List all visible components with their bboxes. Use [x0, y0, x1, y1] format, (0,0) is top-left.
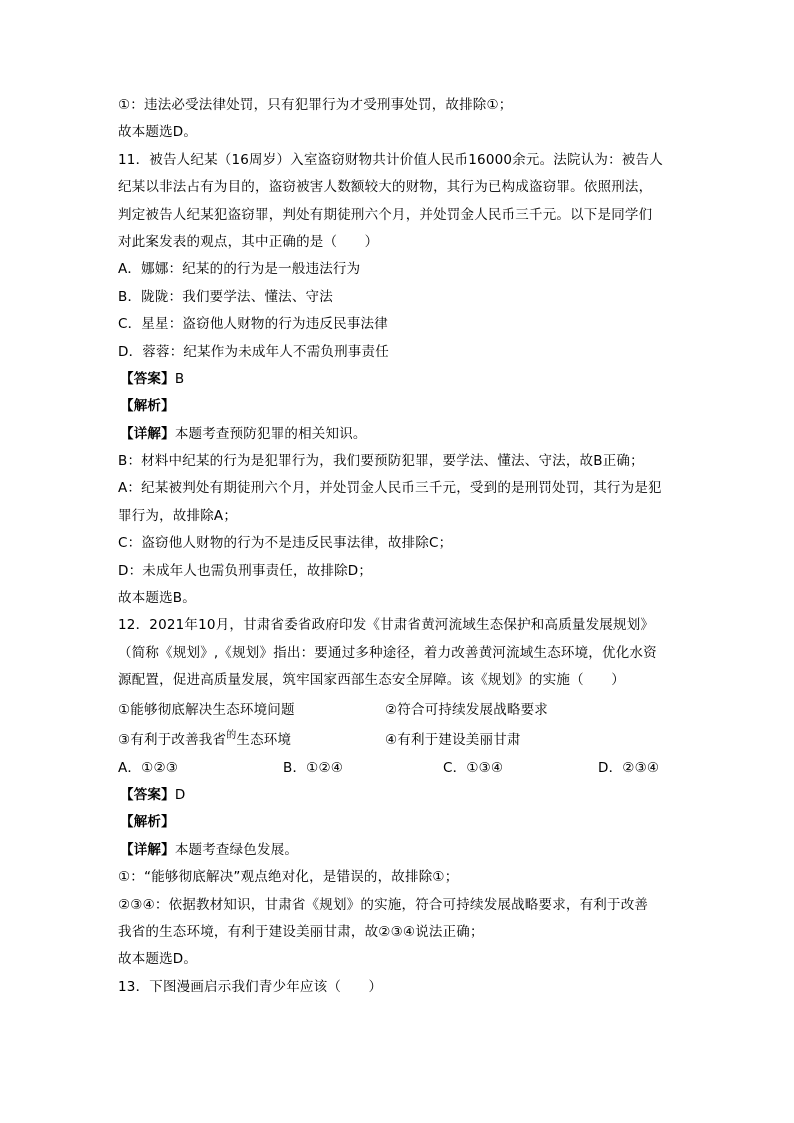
detail-intro: 本题考查绿色发展。: [175, 842, 298, 858]
q12-stem-line-1: 12．2021年10月，甘肃省委省政府印发《甘肃省黄河流域生态保护和高质量发展规…: [118, 612, 678, 639]
q11-option-d: D．蓉蓉：纪某作为未成年人不需负刑事责任: [118, 339, 678, 366]
q12-stem-line-3: 源配置，促进高质量发展，筑牢国家西部生态安全屏障。该《规划》的实施（ ）: [118, 667, 678, 694]
answer-value: D: [175, 787, 186, 803]
q12-option-d: D．②③④: [598, 755, 659, 782]
q11-analysis-label: 【解析】: [118, 393, 678, 420]
detail-label: 【详解】: [120, 426, 175, 442]
q12-conclusion: 故本题选D。: [118, 946, 678, 973]
q12-explanation-line-1: ①：“能够彻底解决”观点绝对化，是错误的，故排除①；: [118, 864, 678, 891]
q12-statements-row-2: ③有利于改善我省的生态环境 ④有利于建设美丽甘肃: [118, 725, 678, 755]
q12-analysis-label: 【解析】: [118, 809, 678, 836]
q12-statements-row-1: ①能够彻底解决生态环境问题 ②符合可持续发展战略要求: [118, 695, 678, 725]
analysis-label: 【解析】: [120, 398, 175, 414]
q13-stem: 13．下图漫画启示我们青少年应该（ ）: [118, 974, 678, 1001]
q12-detail: 【详解】本题考查绿色发展。: [118, 837, 678, 864]
q12-stem-line-2: （简称《规划》,《规划》指出：要通过多种途径，着力改善黄河流域生态环境，优化水资: [118, 640, 678, 667]
analysis-label: 【解析】: [120, 814, 175, 830]
q12-answer: 【答案】D: [118, 782, 678, 809]
q11-stem-line-1: 11．被告人纪某（16周岁）入室盗窃财物共计价值人民币16000余元。法院认为：…: [118, 147, 678, 174]
detail-label: 【详解】: [120, 842, 175, 858]
q12-explanation-line-3: 我省的生态环境，有利于建设美丽甘肃，故②③④说法正确；: [118, 919, 678, 946]
q11-answer: 【答案】B: [118, 366, 678, 393]
answer-value: B: [175, 371, 184, 387]
q12-options-row: A．①②③ B．①②④ C．①③④ D．②③④: [118, 755, 678, 782]
q12-statement-1: ①能够彻底解决生态环境问题: [118, 695, 385, 725]
q10-conclusion: 故本题选D。: [118, 119, 678, 146]
q11-stem-line-3: 判定被告人纪某犯盗窃罪，判处有期徒刑六个月，并处罚金人民币三千元。以下是同学们: [118, 202, 678, 229]
q11-explanation-line-1: B：材料中纪某的行为是犯罪行为，我们要预防犯罪，要学法、懂法、守法，故B正确；: [118, 448, 678, 475]
answer-label: 【答案】: [120, 371, 175, 387]
q11-conclusion: 故本题选B。: [118, 585, 678, 612]
q11-explanation-line-4: C：盗窃他人财物的行为不是违反民事法律，故排除C；: [118, 530, 678, 557]
q11-option-c: C．星星：盗窃他人财物的行为违反民事法律: [118, 311, 678, 338]
q10-explanation-line: ①：违法必受法律处罚，只有犯罪行为才受刑事处罚，故排除①；: [118, 92, 678, 119]
q12-option-b: B．①②④: [283, 755, 443, 782]
q11-stem-line-2: 纪某以非法占有为目的，盗窃被害人数额较大的财物，其行为已构成盗窃罪。依照刑法，: [118, 174, 678, 201]
q11-explanation-line-3: 罪行为，故排除A；: [118, 503, 678, 530]
q12-statement-2: ②符合可持续发展战略要求: [385, 695, 548, 725]
q11-option-a: A．娜娜：纪某的的行为是一般违法行为: [118, 256, 678, 283]
q11-explanation-line-2: A：纪某被判处有期徒刑六个月，并处罚金人民币三千元，受到的是刑罚处罚，其行为是犯: [118, 475, 678, 502]
q11-stem-line-4: 对此案发表的观点，其中正确的是（ ）: [118, 229, 678, 256]
q12-option-c: C．①③④: [443, 755, 598, 782]
superscript-char: 的: [226, 730, 236, 741]
detail-intro: 本题考查预防犯罪的相关知识。: [175, 426, 367, 442]
q11-option-b: B．陇陇：我们要学法、懂法、守法: [118, 284, 678, 311]
q12-statement-4: ④有利于建设美丽甘肃: [385, 725, 521, 755]
q12-option-a: A．①②③: [118, 755, 283, 782]
q11-explanation-line-5: D：未成年人也需负刑事责任，故排除D；: [118, 558, 678, 585]
q11-detail: 【详解】本题考查预防犯罪的相关知识。: [118, 421, 678, 448]
answer-label: 【答案】: [120, 787, 175, 803]
q12-explanation-line-2: ②③④：依据教材知识，甘肃省《规划》的实施，符合可持续发展战略要求，有利于改善: [118, 892, 678, 919]
document-page: ①：违法必受法律处罚，只有犯罪行为才受刑事处罚，故排除①； 故本题选D。 11．…: [118, 92, 678, 1001]
q12-statement-3: ③有利于改善我省的生态环境: [118, 725, 385, 755]
